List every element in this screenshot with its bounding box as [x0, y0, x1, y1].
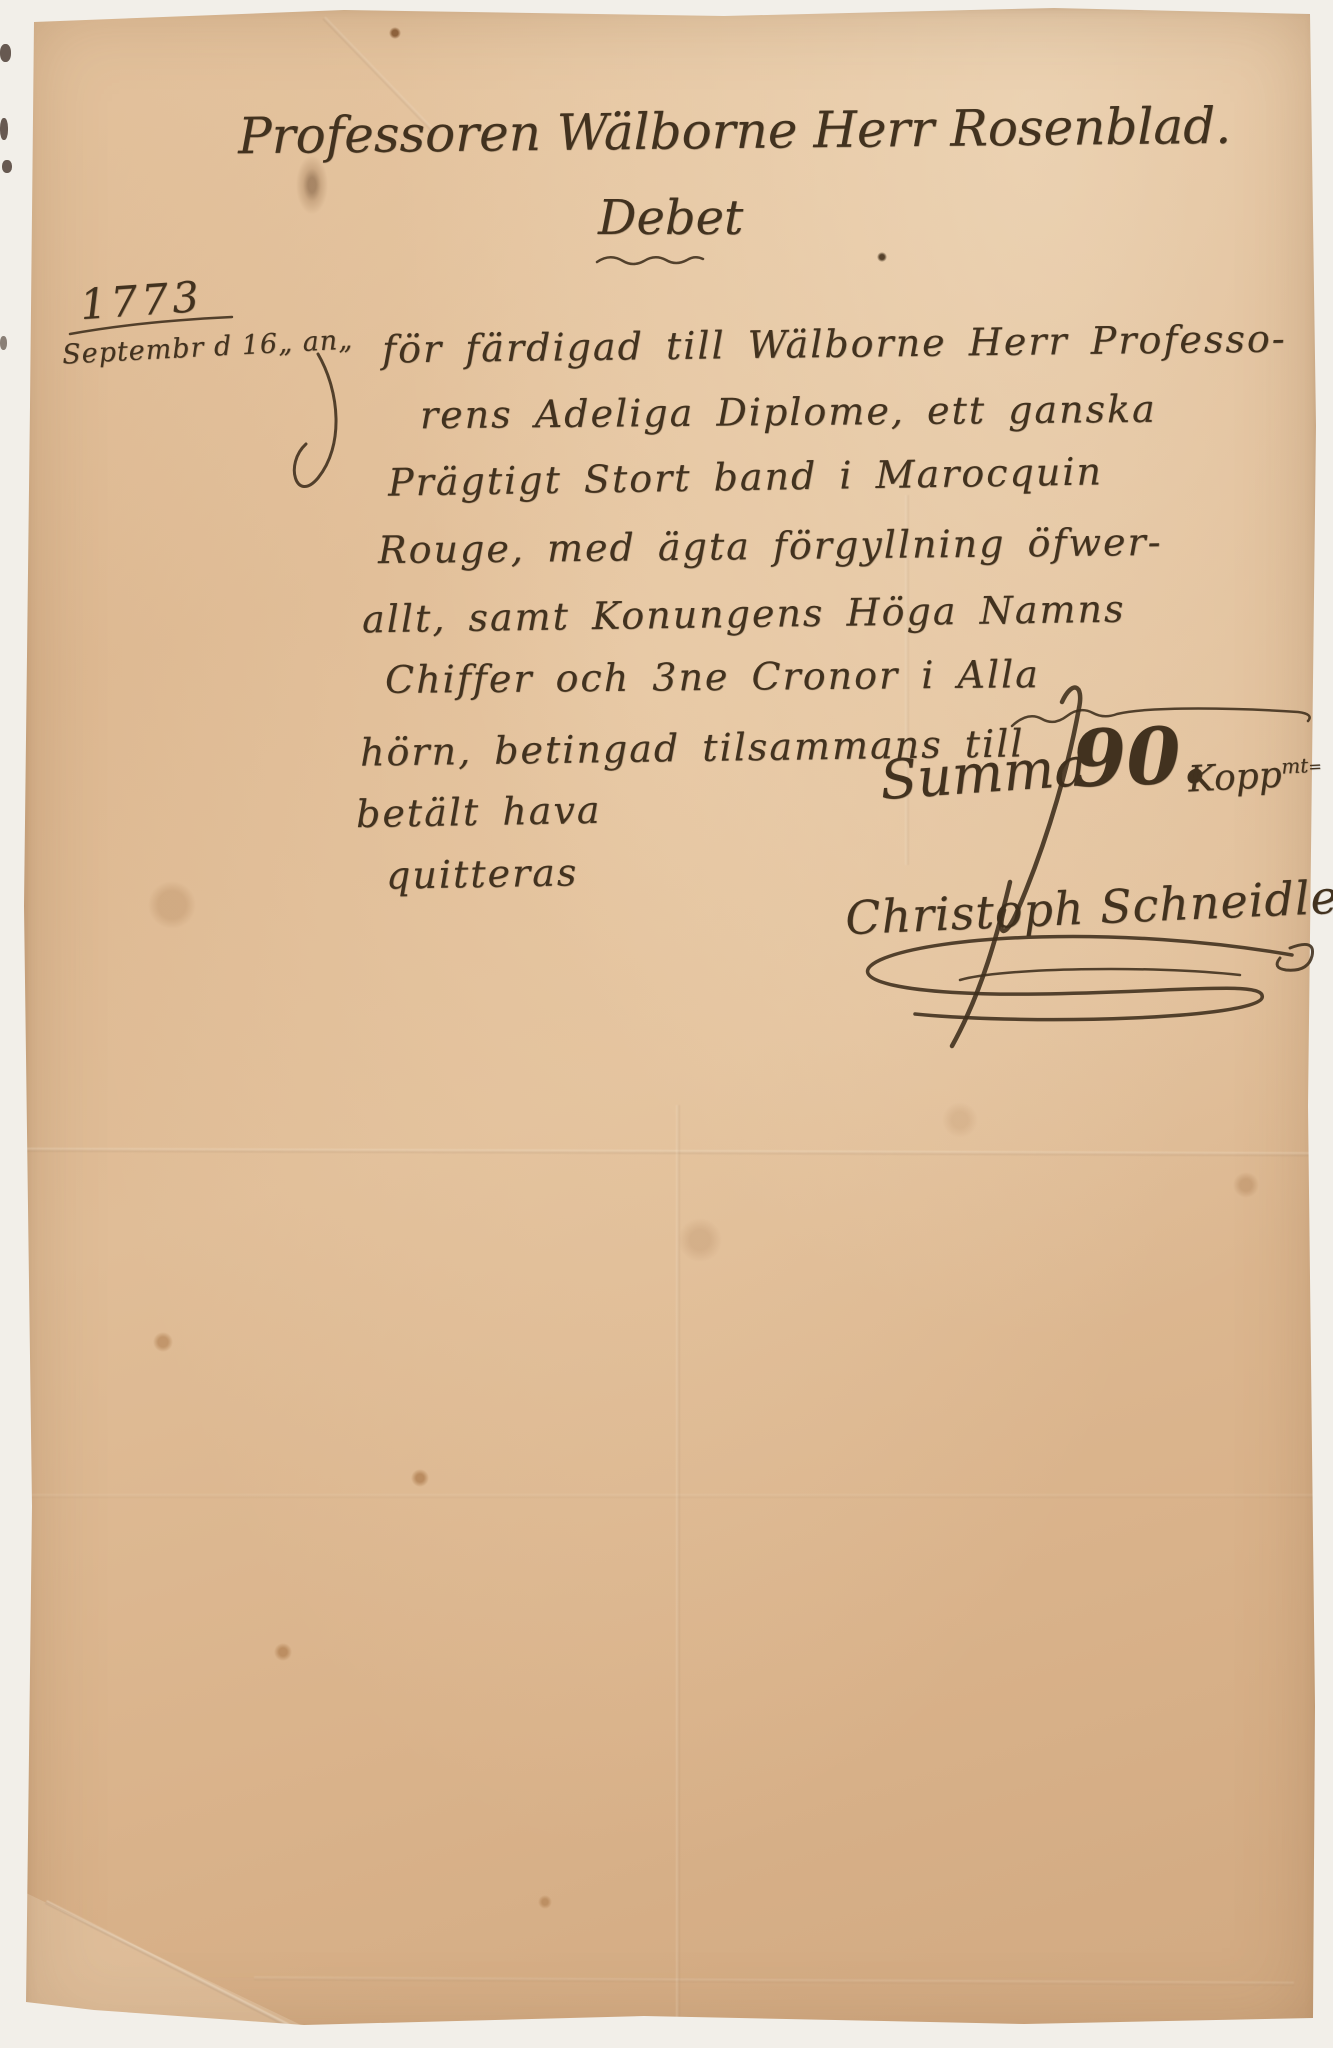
scan-edge-mark-1	[0, 44, 11, 62]
summa-currency: Koppmt=	[1187, 753, 1323, 801]
scan-edge-mark-3	[2, 160, 12, 173]
summa-currency-text: Kopp	[1187, 755, 1283, 801]
body-line-9: quitteras	[386, 850, 579, 897]
page-background: { "document": { "title": "Professoren Wä…	[0, 0, 1333, 2048]
heading-debet: Debet	[598, 190, 743, 246]
scan-edge-mark-4	[0, 336, 7, 350]
body-line-6: Chiffer och 3ne Cronor i Alla	[385, 652, 1040, 702]
summa-currency-sup: mt	[1281, 753, 1309, 778]
fold-crease-vertical-2	[676, 1105, 680, 2030]
scan-edge-mark-2	[0, 118, 8, 140]
summa-currency-equals: =	[1308, 757, 1322, 777]
foxing-stains	[24, 6, 1318, 2036]
paper-sheet	[24, 6, 1318, 2036]
body-line-2: rens Adeliga Diplome, ett ganska	[420, 387, 1157, 437]
body-line-8: betält hava	[356, 788, 602, 836]
body-line-4: Rouge, med ägta förgyllning öfwer-	[378, 520, 1163, 572]
margin-year: 1773	[78, 272, 204, 329]
document-title: Professoren Wälborne Herr Rosenblad.	[238, 97, 1232, 165]
fold-crease-horizontal-2	[24, 1494, 1318, 1498]
